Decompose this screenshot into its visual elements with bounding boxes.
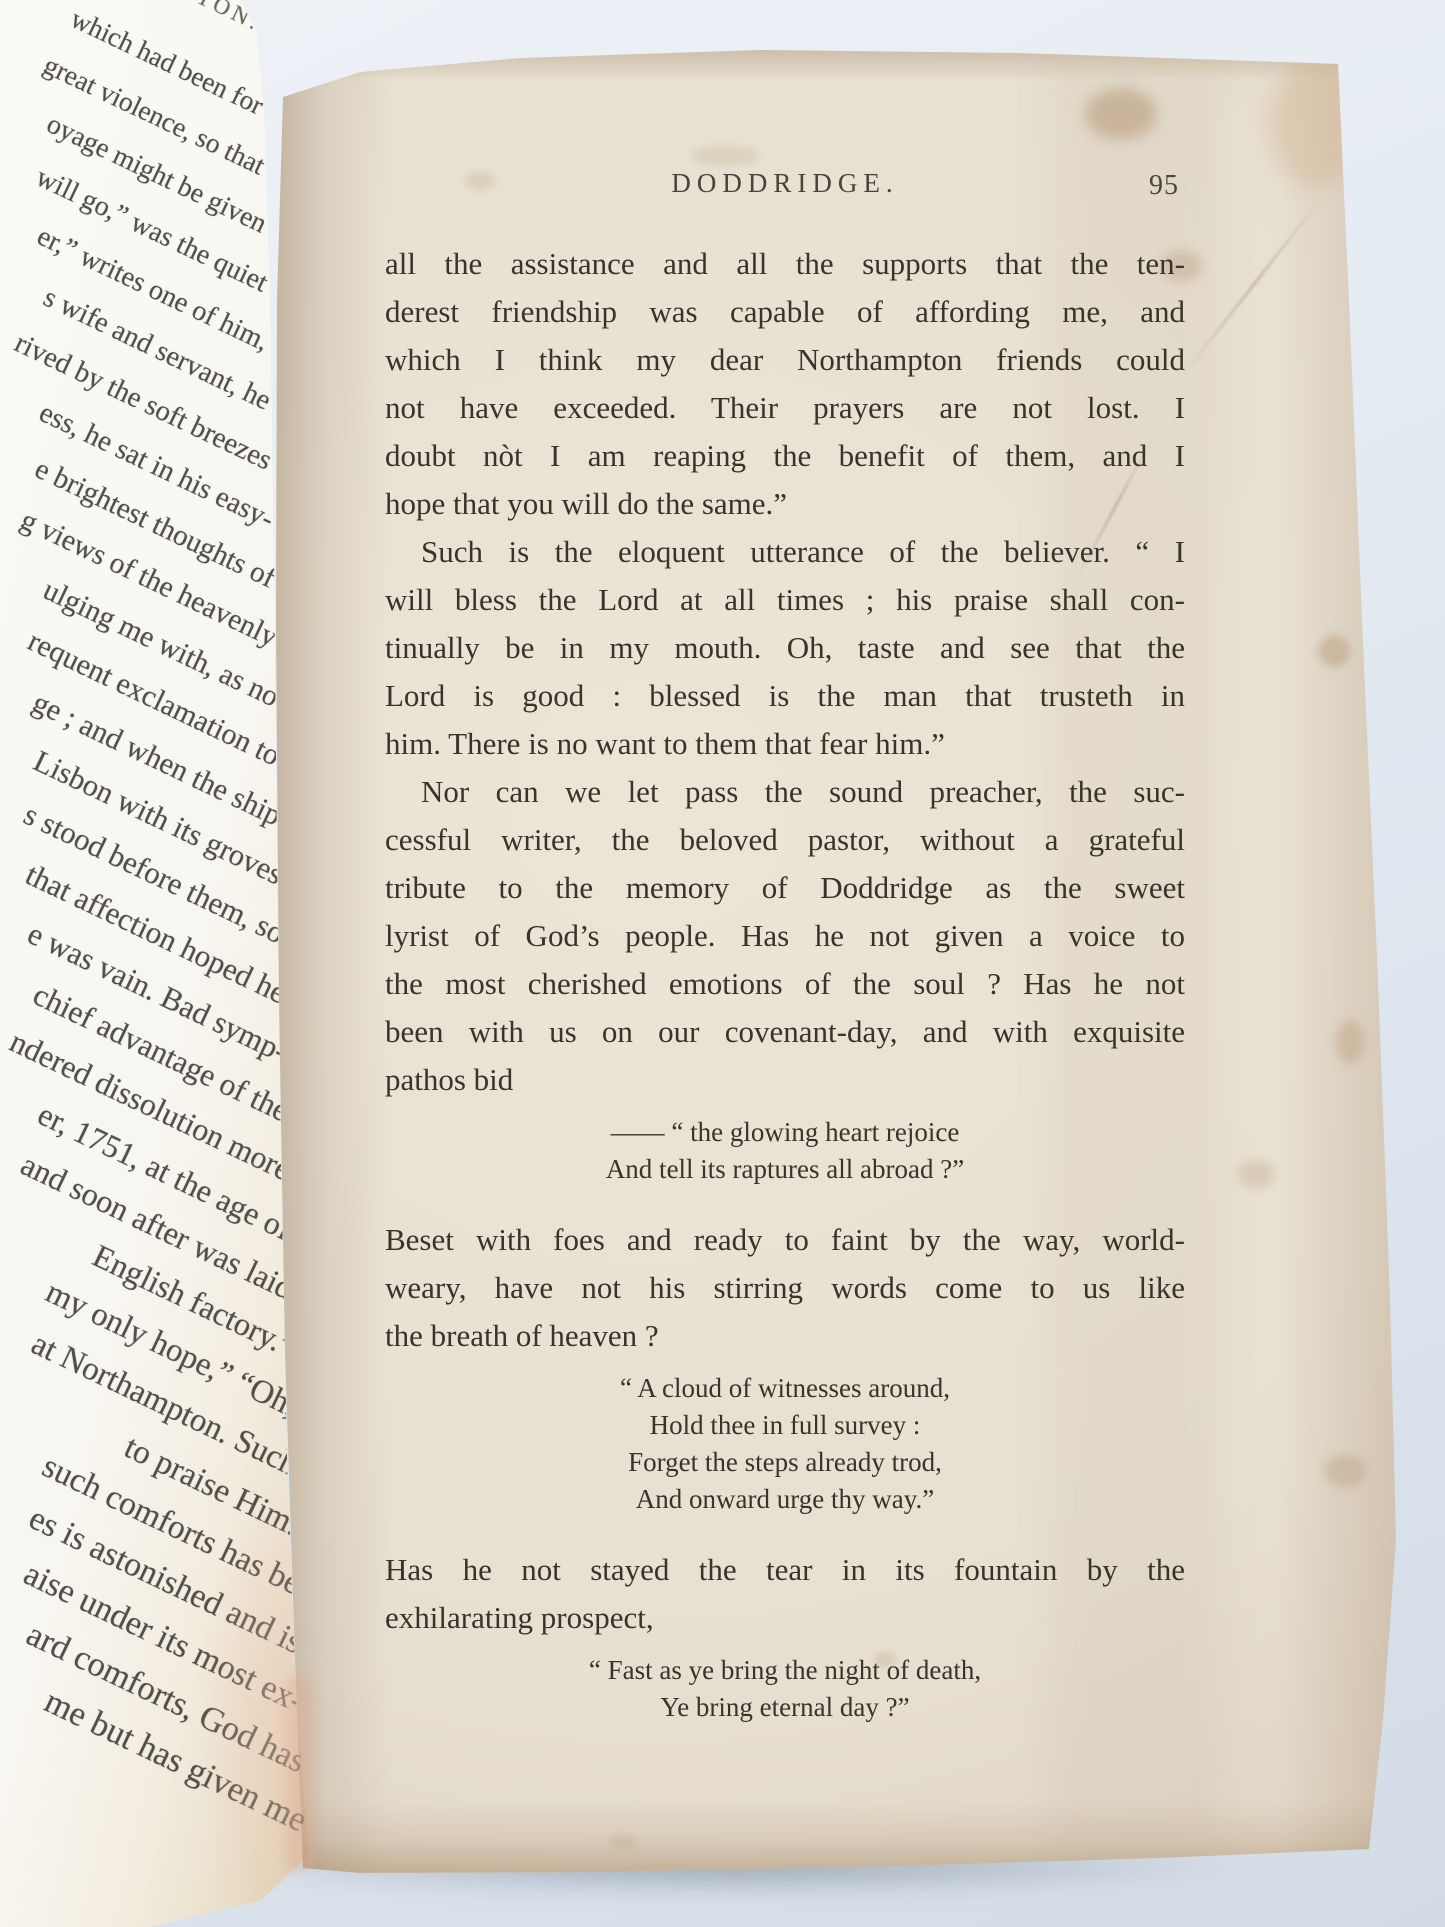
left-page-header-fragment: GTON. — [174, 0, 266, 37]
text-line: lyrist of God’s people. Has he not given… — [385, 912, 1185, 960]
running-header: DODDRIDGE. — [385, 168, 1185, 208]
verse-line: Ye bring eternal day ?” — [385, 1689, 1185, 1726]
text-line: derest friendship was capable of affordi… — [385, 288, 1185, 336]
text-line: all the assistance and all the supports … — [385, 240, 1185, 288]
text-line: him. There is no want to them that fear … — [385, 720, 1185, 768]
verse-line: And tell its raptures all abroad ?” — [385, 1151, 1185, 1188]
text-line: not have exceeded. Their prayers are not… — [385, 384, 1185, 432]
text-line: hope that you will do the same.” — [385, 480, 1185, 528]
verse-line: “ A cloud of witnesses around, — [385, 1370, 1185, 1407]
text-line: tribute to the memory of Doddridge as th… — [385, 864, 1185, 912]
text-line: weary, have not his stirring words come … — [385, 1264, 1185, 1312]
text-line: Lord is good : blessed is the man that t… — [385, 672, 1185, 720]
paragraph: Nor can we let pass the sound preacher, … — [385, 768, 1185, 1104]
text-line: been with us on our covenant-day, and wi… — [385, 1008, 1185, 1056]
text-line: the breath of heaven ? — [385, 1312, 1185, 1360]
left-page-text-line: to praise Him. — [118, 1428, 305, 1544]
verse-line: Forget the steps already trod, — [385, 1444, 1185, 1481]
left-page: GTON.which had been forgreat violence, s… — [0, 0, 312, 1927]
text-line: which I think my dear Northampton friend… — [385, 336, 1185, 384]
text-column: DODDRIDGE. 95 all the assistance and all… — [385, 168, 1185, 1754]
paragraph: Beset with foes and ready to faint by th… — [385, 1216, 1185, 1360]
verse-line: Hold thee in full survey : — [385, 1407, 1185, 1444]
verse-quote: “ A cloud of witnesses around,Hold thee … — [385, 1370, 1185, 1518]
verse-line: —— “ the glowing heart rejoice — [385, 1114, 1185, 1151]
text-line: Beset with foes and ready to faint by th… — [385, 1216, 1185, 1264]
page-number: 95 — [1149, 170, 1179, 202]
page-curl-highlight — [286, 1675, 314, 1870]
paragraph: Such is the eloquent utterance of the be… — [385, 528, 1185, 768]
paragraph: all the assistance and all the supports … — [385, 240, 1185, 528]
verse-quote: —— “ the glowing heart rejoiceAnd tell i… — [385, 1114, 1185, 1188]
text-line: Nor can we let pass the sound preacher, … — [385, 768, 1185, 816]
verse-quote: “ Fast as ye bring the night of death,Ye… — [385, 1652, 1185, 1726]
left-page-text-line: me but has given me — [39, 1682, 314, 1840]
text-line: Has he not stayed the tear in its founta… — [385, 1546, 1185, 1594]
text-line: will bless the Lord at all times ; his p… — [385, 576, 1185, 624]
verse-line: And onward urge thy way.” — [385, 1481, 1185, 1518]
text-line: exhilarating prospect, — [385, 1594, 1185, 1642]
left-page-text-line: English factory.” — [87, 1238, 301, 1366]
text-line: cessful writer, the beloved pastor, with… — [385, 816, 1185, 864]
text-line: tinually be in my mouth. Oh, taste and s… — [385, 624, 1185, 672]
body-text: all the assistance and all the supports … — [385, 240, 1185, 1726]
text-line: doubt nòt I am reaping the benefit of th… — [385, 432, 1185, 480]
text-line: the most cherished emotions of the soul … — [385, 960, 1185, 1008]
verse-line: “ Fast as ye bring the night of death, — [385, 1652, 1185, 1689]
text-line: pathos bid — [385, 1056, 1185, 1104]
text-line: Such is the eloquent utterance of the be… — [385, 528, 1185, 576]
paragraph: Has he not stayed the tear in its founta… — [385, 1546, 1185, 1642]
book-photo: GTON.which had been forgreat violence, s… — [0, 0, 1445, 1927]
